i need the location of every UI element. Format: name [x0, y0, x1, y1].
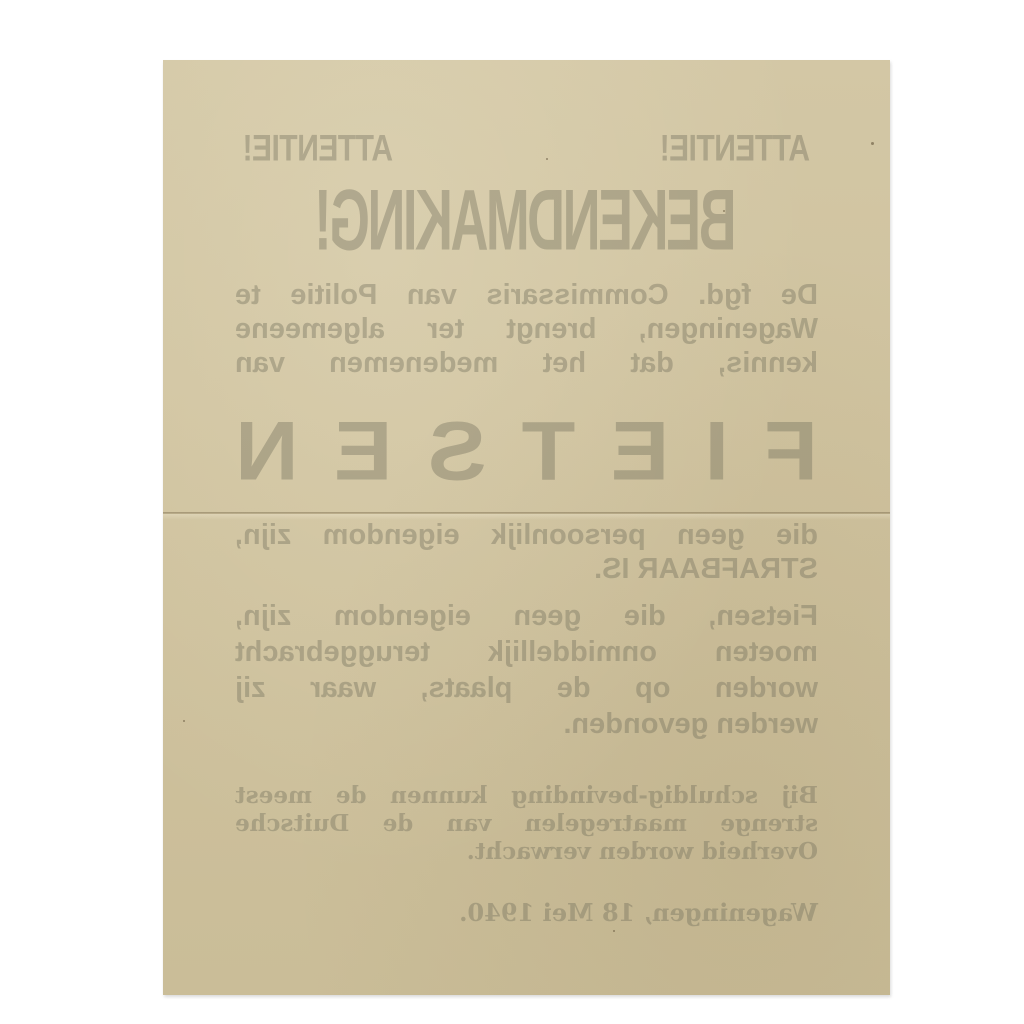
headline-letter: E — [334, 403, 393, 500]
clause-paragraph: die geen persoonlijk eigendom zijn, STRA… — [235, 518, 818, 586]
headline-letter: S — [428, 403, 487, 500]
warning-paragraph: Bij schuldig-bevinding kunnen de meest s… — [235, 782, 818, 866]
warning-line: strenge maatregelen van de Duitsche — [235, 810, 818, 838]
intro-line: kennis, dat het medenemen van — [235, 346, 818, 380]
headline-letter: E — [611, 403, 670, 500]
headline-fietsen: F I E T S E N — [235, 403, 818, 500]
clause-line: STRAFBAAR IS. — [235, 552, 818, 586]
poster-title: BEKENDMAKING! — [228, 170, 824, 270]
warning-line: Overheid worden verwacht. — [235, 838, 818, 866]
headline-letter: I — [705, 403, 729, 500]
mirrored-print-layer: ATTENTIE! ATTENTIE! BEKENDMAKING! De fgd… — [163, 60, 890, 995]
attention-right: ATTENTIE! — [243, 128, 393, 171]
intro-line: De fgd. Commissaris van Politie te — [235, 278, 818, 312]
signature-date: Wageningen, 18 Mei 1940. — [459, 898, 818, 927]
instruction-line: worden op de plaats, waar zij — [235, 670, 818, 706]
instruction-line: moeten onmiddellijk teruggebracht — [235, 634, 818, 670]
instruction-line: Fietsen, die geen eigendom zijn, — [235, 598, 818, 634]
clause-line: die geen persoonlijk eigendom zijn, — [235, 518, 818, 552]
intro-line: Wageningen, brengt ter algemeene — [235, 312, 818, 346]
headline-letter: T — [522, 403, 576, 500]
instruction-line: werden gevonden. — [235, 706, 818, 742]
attention-row: ATTENTIE! ATTENTIE! — [243, 128, 810, 171]
instruction-paragraph: Fietsen, die geen eigendom zijn, moeten … — [235, 598, 818, 742]
intro-paragraph: De fgd. Commissaris van Politie te Wagen… — [235, 278, 818, 380]
attention-left: ATTENTIE! — [660, 128, 810, 171]
poster-sheet: ATTENTIE! ATTENTIE! BEKENDMAKING! De fgd… — [163, 60, 890, 995]
headline-letter: F — [764, 403, 818, 500]
warning-line: Bij schuldig-bevinding kunnen de meest — [235, 782, 818, 810]
headline-letter: N — [235, 403, 299, 500]
